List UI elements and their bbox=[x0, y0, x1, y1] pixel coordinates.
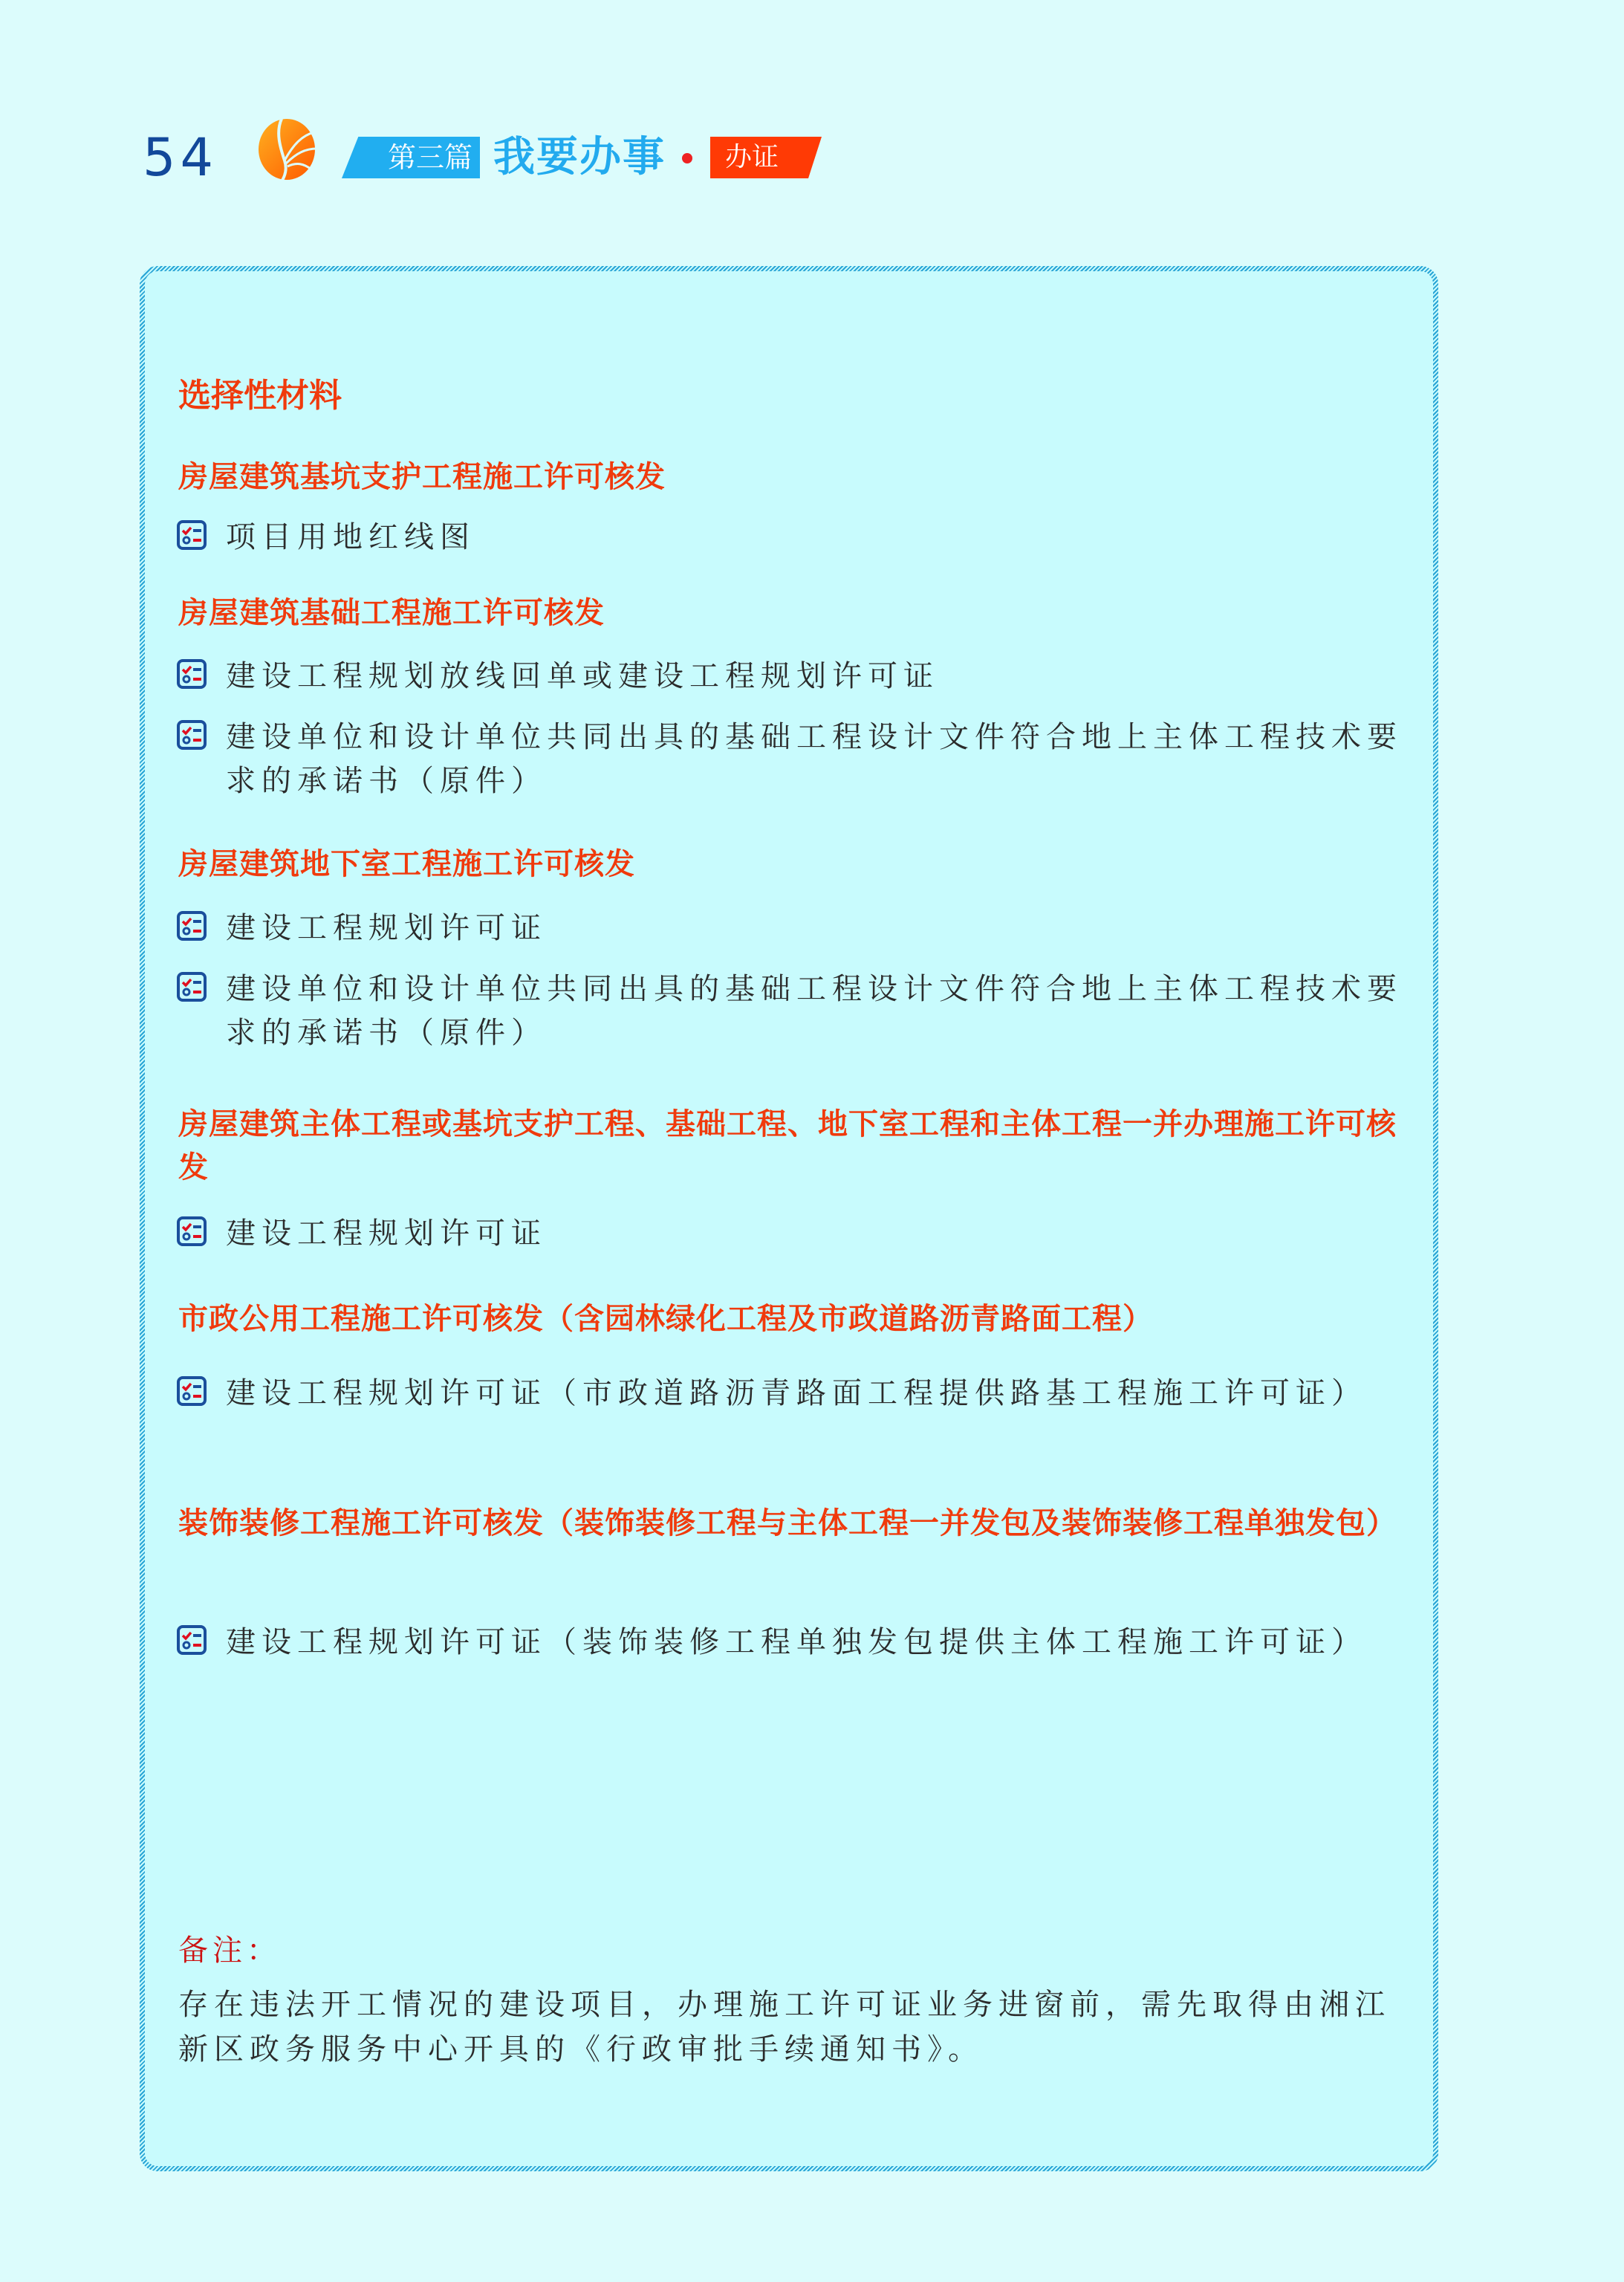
category-tag: 办证 bbox=[710, 137, 822, 178]
item-text: 建设工程规划许可证 bbox=[226, 1212, 1432, 1256]
note-label: 备注： bbox=[178, 1931, 281, 1971]
checklist-icon bbox=[177, 659, 207, 689]
section-heading: 选择性材料 bbox=[178, 376, 342, 416]
list-item: 建设工程规划许可证 bbox=[177, 1212, 1432, 1256]
item-text: 项目用地红线图 bbox=[226, 516, 1432, 560]
group-heading: 装饰装修工程施工许可核发（装饰装修工程与主体工程一并发包及装饰装修工程单独发包） bbox=[178, 1502, 1426, 1545]
page-number: 54 bbox=[143, 128, 218, 187]
group-heading: 房屋建筑地下室工程施工许可核发 bbox=[178, 843, 1426, 886]
part-tag: 第三篇 bbox=[342, 137, 480, 178]
list-item: 项目用地红线图 bbox=[177, 516, 1432, 560]
list-item: 建设工程规划许可证 bbox=[177, 907, 1432, 950]
item-text: 建设工程规划许可证（市政道路沥青路面工程提供路基工程施工许可证） bbox=[226, 1372, 1432, 1416]
item-text: 建设工程规划许可证（装饰装修工程单独发包提供主体工程施工许可证） bbox=[226, 1621, 1432, 1665]
checklist-icon bbox=[177, 911, 207, 941]
note-text: 存在违法开工情况的建设项目，办理施工许可证业务进窗前，需先取得由湘江新区政务服务… bbox=[178, 1983, 1412, 2072]
checklist-icon bbox=[177, 720, 207, 750]
orange-sun-logo-icon bbox=[255, 117, 319, 181]
list-item: 建设单位和设计单位共同出具的基础工程设计文件符合地上主体工程技术要求的承诺书（原… bbox=[177, 967, 1432, 1055]
list-item: 建设工程规划许可证（装饰装修工程单独发包提供主体工程施工许可证） bbox=[177, 1621, 1432, 1665]
group-heading: 房屋建筑基础工程施工许可核发 bbox=[178, 591, 1426, 635]
section-title: 我要办事 bbox=[493, 131, 666, 184]
item-text: 建设工程规划许可证 bbox=[226, 907, 1432, 950]
item-text: 建设工程规划放线回单或建设工程规划许可证 bbox=[226, 655, 1432, 698]
checklist-icon bbox=[177, 1625, 207, 1655]
item-text: 建设单位和设计单位共同出具的基础工程设计文件符合地上主体工程技术要求的承诺书（原… bbox=[226, 716, 1432, 803]
separator-dot-icon bbox=[682, 153, 692, 163]
group-heading: 房屋建筑基坑支护工程施工许可核发 bbox=[178, 456, 1426, 499]
group-heading: 市政公用工程施工许可核发（含园林绿化工程及市政道路沥青路面工程） bbox=[178, 1297, 1426, 1341]
checklist-icon bbox=[177, 1376, 207, 1406]
list-item: 建设工程规划许可证（市政道路沥青路面工程提供路基工程施工许可证） bbox=[177, 1372, 1432, 1416]
checklist-icon bbox=[177, 520, 207, 550]
list-item: 建设工程规划放线回单或建设工程规划许可证 bbox=[177, 655, 1432, 698]
checklist-icon bbox=[177, 1216, 207, 1246]
checklist-icon bbox=[177, 972, 207, 1002]
item-text: 建设单位和设计单位共同出具的基础工程设计文件符合地上主体工程技术要求的承诺书（原… bbox=[226, 967, 1432, 1055]
group-heading: 房屋建筑主体工程或基坑支护工程、基础工程、地下室工程和主体工程一并办理施工许可核… bbox=[178, 1103, 1426, 1189]
list-item: 建设单位和设计单位共同出具的基础工程设计文件符合地上主体工程技术要求的承诺书（原… bbox=[177, 716, 1432, 803]
